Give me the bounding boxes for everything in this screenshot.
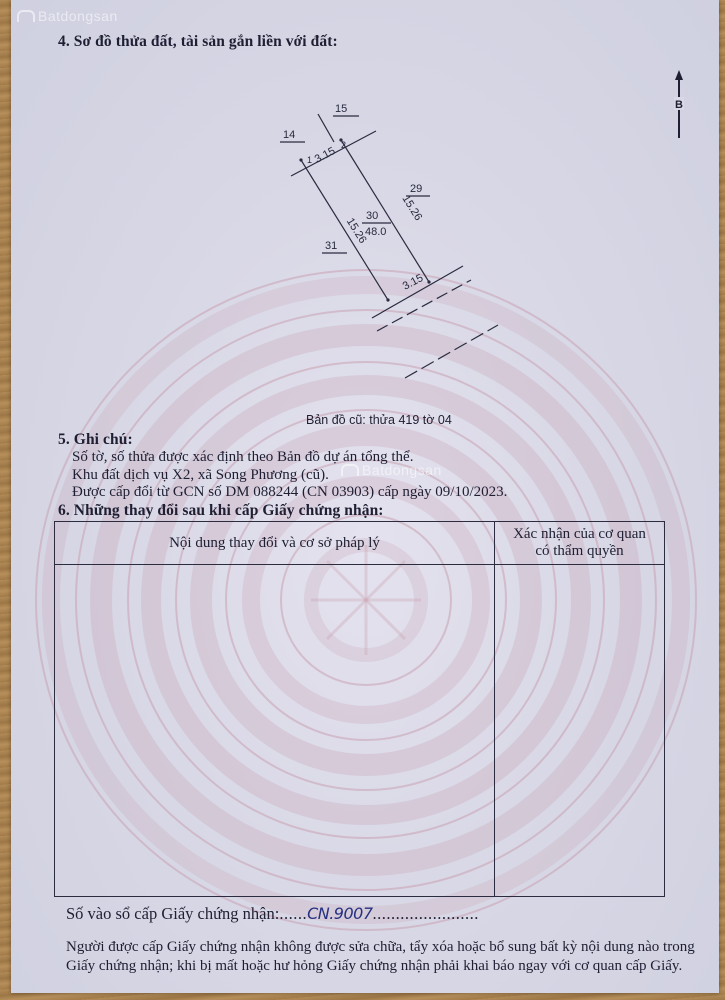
change-content-cell (55, 565, 495, 897)
registry-number: Số vào sổ cấp Giấy chứng nhận:......CN.9… (66, 904, 479, 924)
north-arrow-icon: B (672, 70, 686, 140)
certificate-page: Batdongsan Batdongsan 4. Sơ đồ thửa đất,… (11, 0, 719, 993)
handwritten-registry-value: CN.9007 (307, 904, 372, 923)
authority-confirmation-cell (495, 565, 665, 897)
svg-text:3.15: 3.15 (313, 145, 338, 166)
old-map-reference: Bản đồ cũ: thửa 419 tờ 04 (306, 413, 452, 427)
header-authority-confirmation: Xác nhận của cơ quan có thẩm quyền (495, 522, 665, 565)
changes-table: Nội dung thay đổi và cơ sở pháp lý Xác n… (54, 521, 665, 897)
svg-text:31: 31 (325, 240, 337, 252)
svg-text:1: 1 (307, 155, 312, 165)
svg-text:14: 14 (283, 129, 295, 141)
svg-text:30: 30 (366, 210, 378, 222)
note-line: Khu đất dịch vụ X2, xã Song Phương (cũ). (72, 467, 329, 484)
registry-label: Số vào sổ cấp Giấy chứng nhận: (66, 904, 279, 923)
header-change-content: Nội dung thay đổi và cơ sở pháp lý (55, 522, 495, 565)
svg-text:15.26: 15.26 (399, 193, 424, 223)
note-line: Được cấp đổi từ GCN số DM 088244 (CN 039… (72, 484, 507, 501)
svg-text:48.0: 48.0 (365, 226, 386, 238)
svg-text:15: 15 (335, 103, 347, 115)
svg-text:B: B (675, 99, 683, 111)
svg-text:29: 29 (410, 183, 422, 195)
note-line: Số tờ, số thửa được xác định theo Bản đồ… (72, 449, 413, 466)
svg-text:2: 2 (341, 140, 346, 150)
parcel-sketch: 15 14 29 31 30 48.0 1 2 3.15 3.15 15.26 … (11, 0, 719, 440)
warning-text: Người được cấp Giấy chứng nhận không đượ… (66, 938, 706, 976)
section-6-title: 6. Những thay đổi sau khi cấp Giấy chứng… (58, 502, 384, 520)
section-5-title: 5. Ghi chú: (58, 431, 133, 449)
